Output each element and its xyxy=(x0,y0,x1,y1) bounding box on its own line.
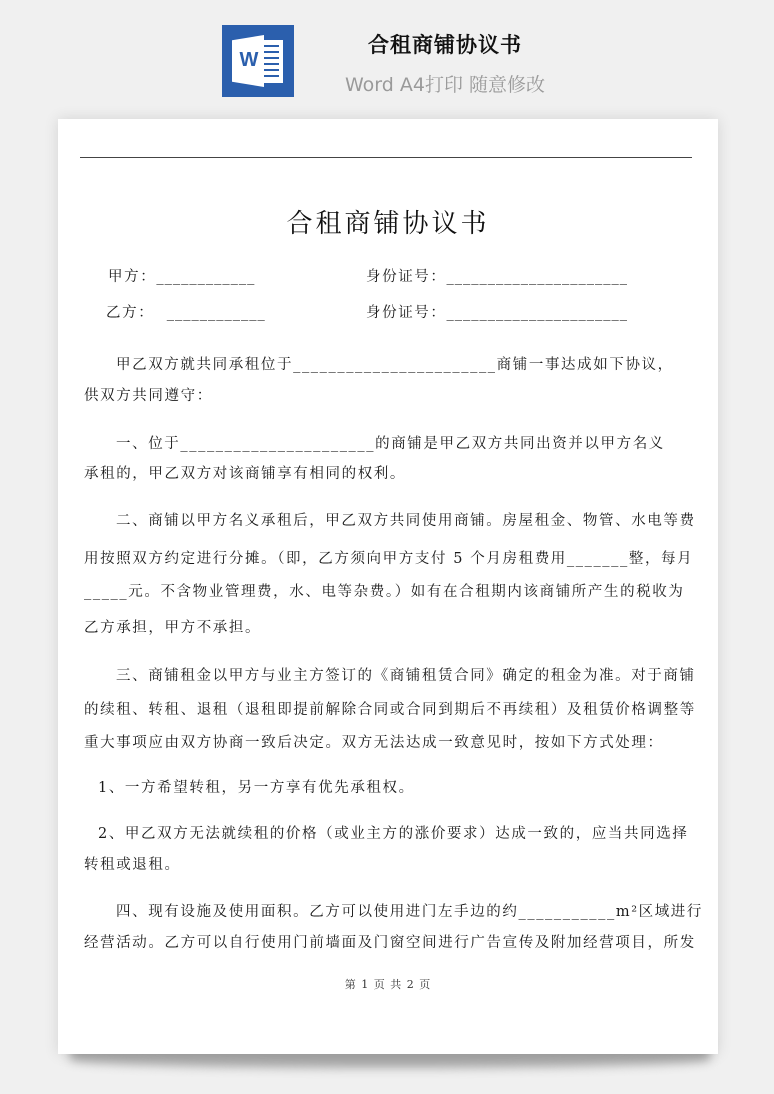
word-icon: W xyxy=(222,25,294,97)
clause-3-line-2: 的续租、转租、退租（退租即提前解除合同或合同到期后不再续租）及租赁价格调整等 xyxy=(84,698,696,719)
banner-title: 合租商铺协议书 xyxy=(300,29,590,59)
party-b-id-field[interactable]: ______________________ xyxy=(447,305,629,321)
clause-3-line-3: 重大事项应由双方协商一致后决定。双方无法达成一致意见时，按如下方式处理： xyxy=(84,731,664,752)
word-cover: W xyxy=(232,35,264,87)
clause-4-line-1: 四、现有设施及使用面积。乙方可以使用进门左手边的约___________m²区域… xyxy=(116,900,703,921)
party-b-id-row: 身份证号：______________________ xyxy=(366,301,628,322)
preamble-line-2: 供双方共同遵守： xyxy=(84,384,213,405)
document-title: 合租商铺协议书 xyxy=(58,203,718,240)
preamble-line-1: 甲乙双方就共同承租位于_______________________商铺一事达成… xyxy=(116,353,674,374)
party-b-id-label: 身份证号： xyxy=(366,305,447,321)
party-b-row: 乙方： ____________ xyxy=(106,301,266,322)
clause-2-line-4: 乙方承担，甲方不承担。 xyxy=(84,616,261,637)
page-footer: 第 1 页 共 2 页 xyxy=(58,976,718,992)
party-b-field[interactable]: ____________ xyxy=(167,305,266,321)
party-a-field[interactable]: ____________ xyxy=(156,269,255,285)
party-a-id-label: 身份证号： xyxy=(366,269,447,285)
clause-2-line-2: 用按照双方约定进行分摊。（即，乙方须向甲方支付 5 个月房租费用_______整… xyxy=(84,547,693,568)
clause-4-line-2: 经营活动。乙方可以自行使用门前墙面及门窗空间进行广告宣传及附加经营项目，所发 xyxy=(84,931,696,952)
clause-3-item-2-line-2: 转租或退租。 xyxy=(84,853,181,874)
clause-3-line-1: 三、商铺租金以甲方与业主方签订的《商铺租赁合同》确定的租金为准。对于商铺 xyxy=(116,664,696,685)
banner-subtitle: Word A4打印 随意修改 xyxy=(300,70,590,97)
header-rule xyxy=(80,157,692,158)
clause-2-line-3: _____元。不含物业管理费，水、电等杂费。）如有在合租期内该商铺所产生的税收为 xyxy=(84,580,685,601)
clause-3-item-2-line-1: 2、甲乙双方无法就续租的价格（或业主方的涨价要求）达成一致的，应当共同选择 xyxy=(98,822,688,843)
word-letter: W xyxy=(235,49,263,72)
clause-1-line-2: 承租的，甲乙双方对该商铺享有相同的权利。 xyxy=(84,462,406,483)
party-a-id-row: 身份证号：______________________ xyxy=(366,265,628,286)
document-page: 合租商铺协议书 甲方：____________ 身份证号：___________… xyxy=(58,119,718,1054)
party-a-id-field[interactable]: ______________________ xyxy=(447,269,629,285)
party-b-label: 乙方： xyxy=(106,305,154,321)
clause-3-item-1: 1、一方希望转租，另一方享有优先承租权。 xyxy=(98,776,415,797)
party-a-label: 甲方： xyxy=(108,269,156,285)
party-a-row: 甲方：____________ xyxy=(108,265,255,286)
clause-1-line-1: 一、位于______________________的商铺是甲乙双方共同出资并以… xyxy=(116,432,665,453)
clause-2-line-1: 二、商铺以甲方名义承租后，甲乙双方共同使用商铺。房屋租金、物管、水电等费 xyxy=(116,509,696,530)
